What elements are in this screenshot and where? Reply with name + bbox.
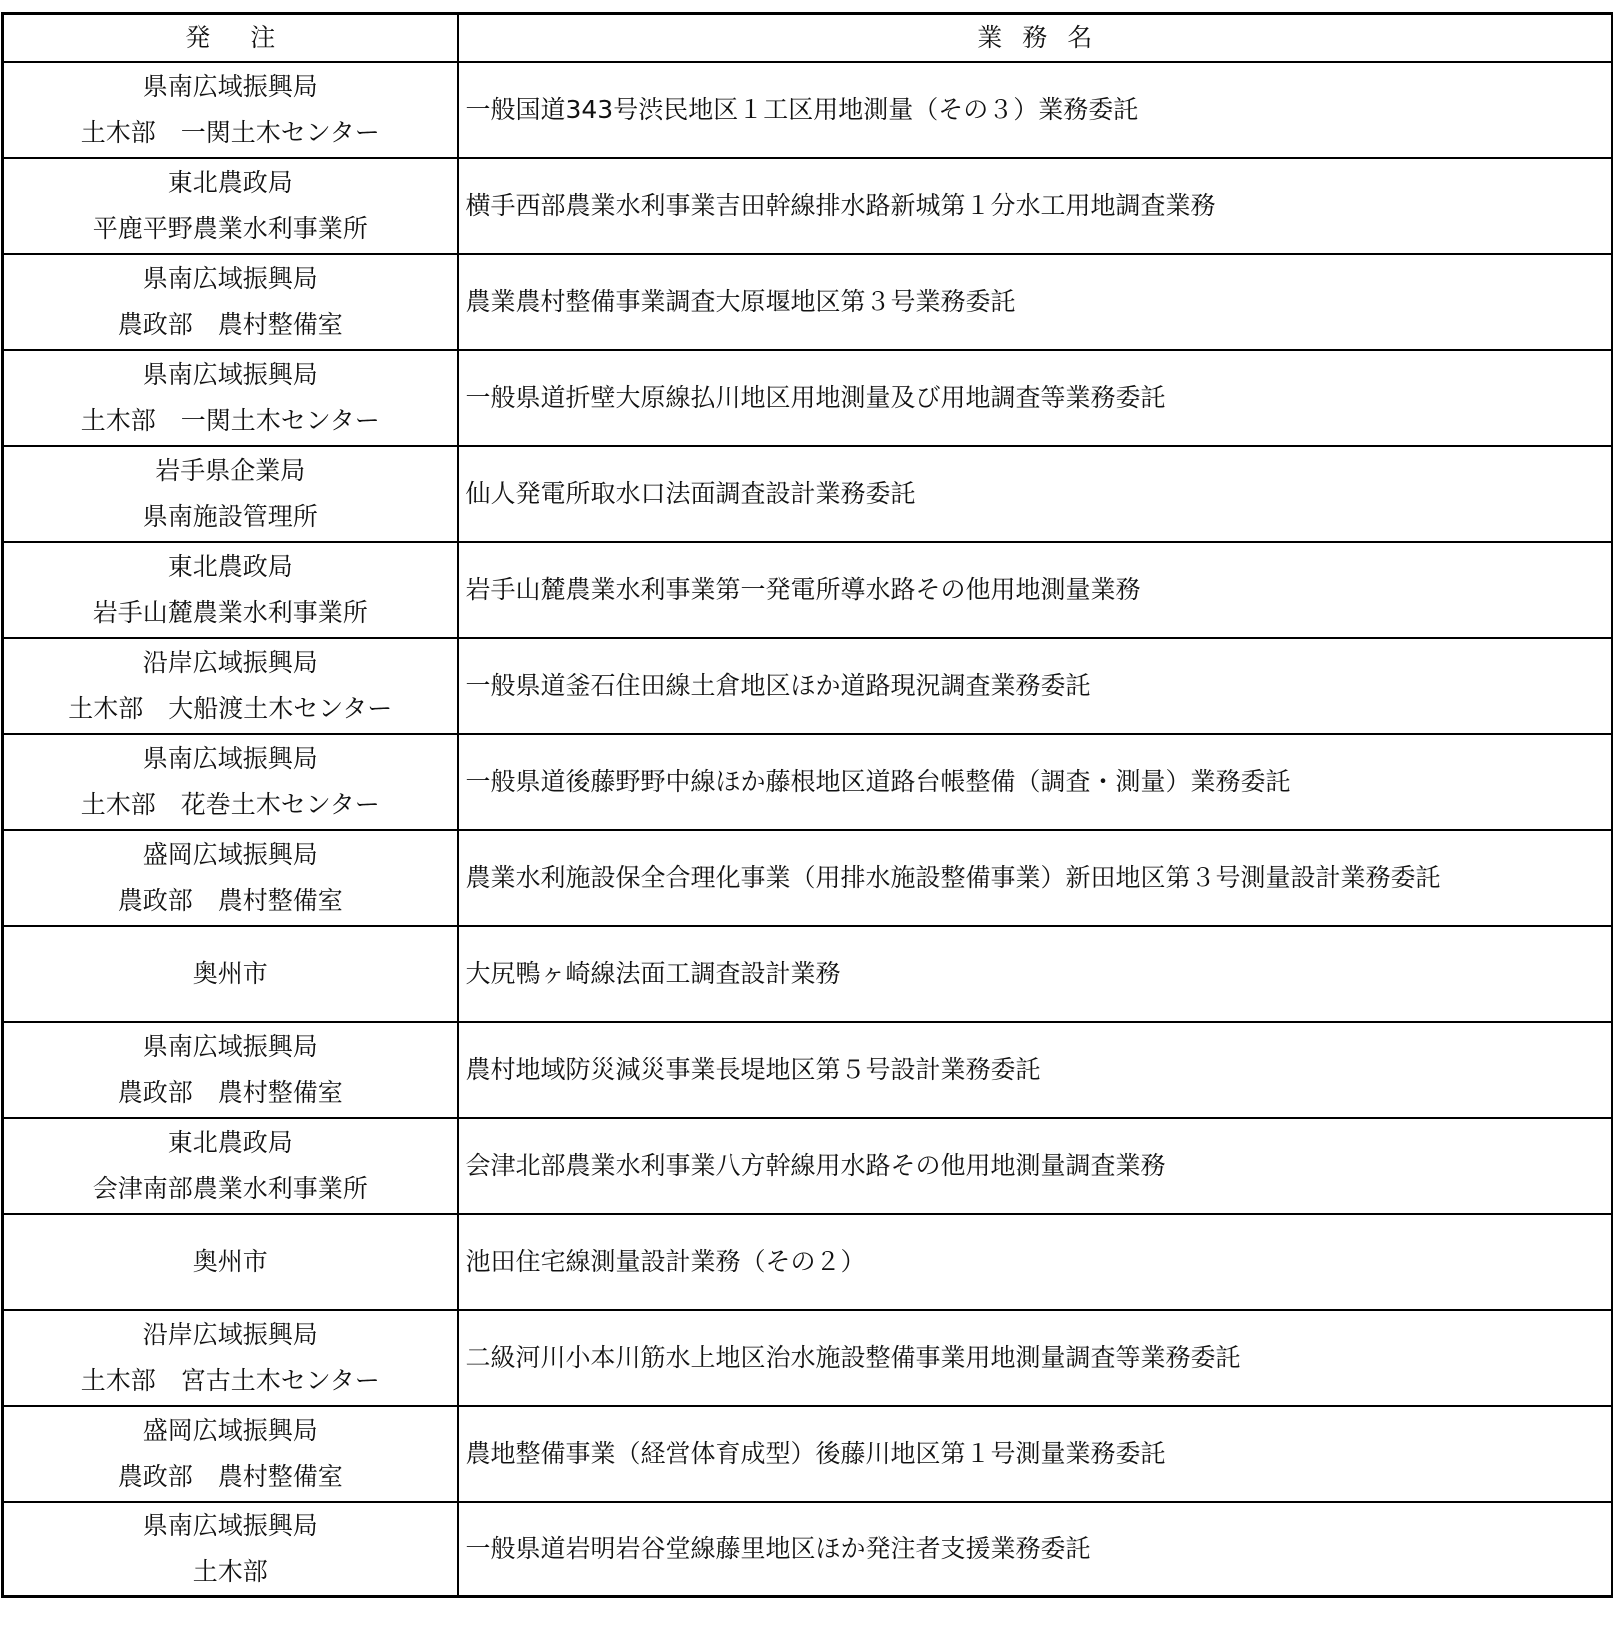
task-cell: 一般県道折壁大原線払川地区用地測量及び用地調査等業務委託 (458, 350, 1613, 446)
table-row: 県南広域振興局土木部 一関土木センター 一般県道折壁大原線払川地区用地測量及び用… (3, 350, 1613, 446)
client-org: 盛岡広域振興局 (4, 832, 457, 878)
table-row: 盛岡広域振興局農政部 農村整備室 農地整備事業（経営体育成型）後藤川地区第１号測… (3, 1406, 1613, 1502)
table-row: 盛岡広域振興局農政部 農村整備室 農業水利施設保全合理化事業（用排水施設整備事業… (3, 830, 1613, 926)
task-cell: 農業水利施設保全合理化事業（用排水施設整備事業）新田地区第３号測量設計業務委託 (458, 830, 1613, 926)
client-dept: 土木部 一関土木センター (4, 398, 457, 444)
table-row: 奥州市 池田住宅線測量設計業務（その２） (3, 1214, 1613, 1310)
client-cell: 県南広域振興局土木部 (3, 1502, 458, 1597)
task-cell: 一般県道釜石住田線土倉地区ほか道路現況調査業務委託 (458, 638, 1613, 734)
client-dept: 土木部 大船渡土木センター (4, 686, 457, 732)
client-dept: 土木部 一関土木センター (4, 110, 457, 156)
client-dept: 平鹿平野農業水利事業所 (4, 206, 457, 252)
client-dept: 農政部 農村整備室 (4, 1454, 457, 1500)
client-org: 県南広域振興局 (4, 736, 457, 782)
client-dept: 土木部 宮古土木センター (4, 1358, 457, 1404)
table-row: 沿岸広域振興局土木部 宮古土木センター 二級河川小本川筋水上地区治水施設整備事業… (3, 1310, 1613, 1406)
client-cell: 奥州市 (3, 1214, 458, 1310)
table-row: 岩手県企業局県南施設管理所 仙人発電所取水口法面調査設計業務委託 (3, 446, 1613, 542)
header-task-name-label: 業務名 (977, 23, 1112, 52)
client-dept: 岩手山麓農業水利事業所 (4, 590, 457, 636)
task-cell: 農地整備事業（経営体育成型）後藤川地区第１号測量業務委託 (458, 1406, 1613, 1502)
client-cell: 東北農政局会津南部農業水利事業所 (3, 1118, 458, 1214)
client-org: 県南広域振興局 (4, 1024, 457, 1070)
task-cell: 農業農村整備事業調査大原堰地区第３号業務委託 (458, 254, 1613, 350)
task-cell: 二級河川小本川筋水上地区治水施設整備事業用地測量調査等業務委託 (458, 1310, 1613, 1406)
table-row: 奥州市 大尻鴨ヶ崎線法面工調査設計業務 (3, 926, 1613, 1022)
table-row: 東北農政局平鹿平野農業水利事業所 横手西部農業水利事業吉田幹線排水路新城第１分水… (3, 158, 1613, 254)
client-cell: 沿岸広域振興局土木部 宮古土木センター (3, 1310, 458, 1406)
task-cell: 会津北部農業水利事業八方幹線用水路その他用地測量調査業務 (458, 1118, 1613, 1214)
client-cell: 盛岡広域振興局農政部 農村整備室 (3, 1406, 458, 1502)
client-cell: 県南広域振興局農政部 農村整備室 (3, 1022, 458, 1118)
client-org: 東北農政局 (4, 544, 457, 590)
header-client-label: 発注 (185, 23, 315, 52)
table-row: 東北農政局岩手山麓農業水利事業所 岩手山麓農業水利事業第一発電所導水路その他用地… (3, 542, 1613, 638)
table-row: 沿岸広域振興局土木部 大船渡土木センター 一般県道釜石住田線土倉地区ほか道路現況… (3, 638, 1613, 734)
client-org: 東北農政局 (4, 160, 457, 206)
client-org: 奥州市 (4, 951, 457, 997)
client-dept: 農政部 農村整備室 (4, 1070, 457, 1116)
client-cell: 県南広域振興局土木部 一関土木センター (3, 350, 458, 446)
client-org: 県南広域振興局 (4, 352, 457, 398)
client-org: 盛岡広域振興局 (4, 1408, 457, 1454)
client-cell: 奥州市 (3, 926, 458, 1022)
client-cell: 県南広域振興局農政部 農村整備室 (3, 254, 458, 350)
task-cell: 岩手山麓農業水利事業第一発電所導水路その他用地測量業務 (458, 542, 1613, 638)
table-header-row: 発注 業務名 (3, 14, 1613, 63)
client-cell: 県南広域振興局土木部 花巻土木センター (3, 734, 458, 830)
client-dept: 会津南部農業水利事業所 (4, 1166, 457, 1212)
client-cell: 東北農政局平鹿平野農業水利事業所 (3, 158, 458, 254)
table-row: 東北農政局会津南部農業水利事業所 会津北部農業水利事業八方幹線用水路その他用地測… (3, 1118, 1613, 1214)
client-org: 県南広域振興局 (4, 64, 457, 110)
client-cell: 県南広域振興局土木部 一関土木センター (3, 62, 458, 158)
client-org: 奥州市 (4, 1239, 457, 1285)
table-row: 県南広域振興局土木部 花巻土木センター 一般県道後藤野野中線ほか藤根地区道路台帳… (3, 734, 1613, 830)
client-dept: 農政部 農村整備室 (4, 302, 457, 348)
client-cell: 盛岡広域振興局農政部 農村整備室 (3, 830, 458, 926)
task-cell: 一般県道後藤野野中線ほか藤根地区道路台帳整備（調査・測量）業務委託 (458, 734, 1613, 830)
header-task-name: 業務名 (458, 14, 1613, 63)
task-cell: 池田住宅線測量設計業務（その２） (458, 1214, 1613, 1310)
client-cell: 東北農政局岩手山麓農業水利事業所 (3, 542, 458, 638)
task-cell: 一般国道343号渋民地区１工区用地測量（その３）業務委託 (458, 62, 1613, 158)
client-dept: 土木部 (4, 1549, 457, 1595)
client-cell: 岩手県企業局県南施設管理所 (3, 446, 458, 542)
client-dept: 県南施設管理所 (4, 494, 457, 540)
table-row: 県南広域振興局農政部 農村整備室 農村地域防災減災事業長堤地区第５号設計業務委託 (3, 1022, 1613, 1118)
task-cell: 横手西部農業水利事業吉田幹線排水路新城第１分水工用地調査業務 (458, 158, 1613, 254)
task-cell: 農村地域防災減災事業長堤地区第５号設計業務委託 (458, 1022, 1613, 1118)
client-org: 岩手県企業局 (4, 448, 457, 494)
client-cell: 沿岸広域振興局土木部 大船渡土木センター (3, 638, 458, 734)
client-dept: 農政部 農村整備室 (4, 878, 457, 924)
client-org: 県南広域振興局 (4, 256, 457, 302)
client-dept: 土木部 花巻土木センター (4, 782, 457, 828)
table-row: 県南広域振興局農政部 農村整備室 農業農村整備事業調査大原堰地区第３号業務委託 (3, 254, 1613, 350)
client-org: 沿岸広域振興局 (4, 1312, 457, 1358)
task-cell: 大尻鴨ヶ崎線法面工調査設計業務 (458, 926, 1613, 1022)
contract-table: 発注 業務名 県南広域振興局土木部 一関土木センター 一般国道343号渋民地区１… (1, 12, 1613, 1598)
client-org: 東北農政局 (4, 1120, 457, 1166)
client-org: 沿岸広域振興局 (4, 640, 457, 686)
client-org: 県南広域振興局 (4, 1503, 457, 1549)
task-cell: 仙人発電所取水口法面調査設計業務委託 (458, 446, 1613, 542)
table-row: 県南広域振興局土木部 一関土木センター 一般国道343号渋民地区１工区用地測量（… (3, 62, 1613, 158)
header-client: 発注 (3, 14, 458, 63)
task-cell: 一般県道岩明岩谷堂線藤里地区ほか発注者支援業務委託 (458, 1502, 1613, 1597)
table-row: 県南広域振興局土木部 一般県道岩明岩谷堂線藤里地区ほか発注者支援業務委託 (3, 1502, 1613, 1597)
